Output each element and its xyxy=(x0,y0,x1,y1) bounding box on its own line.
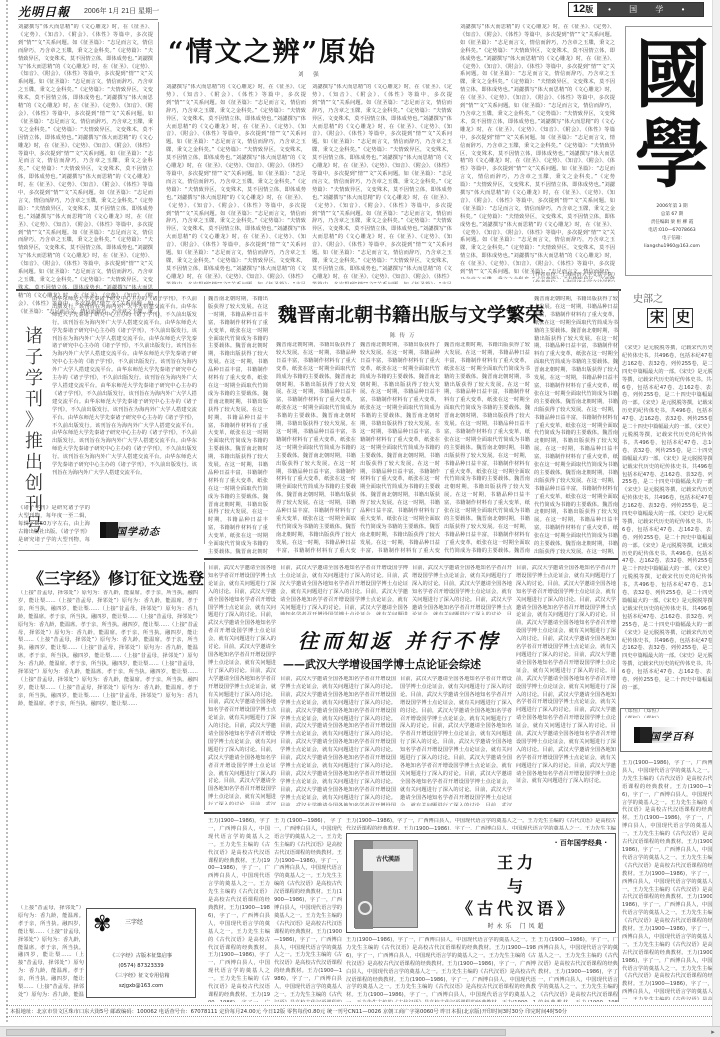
masthead-rule xyxy=(18,19,158,20)
shibu-char-2: 史 xyxy=(673,308,693,328)
section-divider xyxy=(16,289,621,291)
masthead: 光明日報 2006年 1月 21日 星期一 xyxy=(18,4,159,18)
vertical-scrollbar[interactable] xyxy=(712,0,720,1026)
article-wangli-top: 王力(1900—1986)，字了一，广西博白县人，中国现代语言学的奠基人之一。王… xyxy=(346,818,616,830)
book-emblem-icon xyxy=(358,901,372,915)
newspaper-page: 光明日報 2006年 1月 21日 星期一 12版 • 国 学 • 刘勰撰写“体… xyxy=(6,0,718,1022)
email-link[interactable]: liangshu1960@163.com xyxy=(626,243,718,251)
wangli-title-1: 王力 xyxy=(427,850,607,873)
article-wangli-col-3: 王力(1900—1986)，字了一，广西博白县人，中国现代语言学的奠基人之一。王… xyxy=(346,937,536,1002)
article-weijin-col-4: 魏晋南北朝时期，书籍出版获得了较大发展。在这一时期，书籍品种日益丰富，书籍制作材… xyxy=(444,342,530,554)
article-weijin-col-1: 魏晋南北朝时期，书籍出版获得了较大发展。在这一时期，书籍品种日益丰富，书籍制作材… xyxy=(208,296,268,554)
guoxue-dongtai-badge: 国学动态 xyxy=(100,522,188,538)
weijin-byline: 陈传万 xyxy=(390,331,419,339)
section-divider xyxy=(204,812,618,814)
article-zhuzi-body: 由华东师范大学先秦诸子研究中心主办的《诸子学刊》，不久前出版发行。该刊旨在为海内… xyxy=(52,296,197,501)
column-rule xyxy=(204,562,205,810)
article-wangli-col-1: 王力(1900—1986)，字了一，广西博白县人，中国现代语言学的奠基人之一。王… xyxy=(208,818,270,1002)
article-main-col-4: 刘勰撰写“体大而思精”的《文心雕龙》时，在《征圣》、《定势》、《知音》、《附会》… xyxy=(460,24,615,279)
guoxue-column-header: 國學 2006年第 3 期 总第 67 期 责任编辑 梁 枢 柳 霞 电话:01… xyxy=(625,26,717,276)
ad-email-link[interactable]: szjgxb@163.com xyxy=(87,981,195,991)
article-wuhan-col-4: 目前，武汉大学邀请全国各地知名学者召开增设国学博士点论证会，就有关问题进行了深入… xyxy=(516,565,616,805)
guoxue-calligraphy: 國學 xyxy=(630,35,714,195)
shibu-header: 史部之 宋 史 xyxy=(625,286,717,341)
article-wuhan-col-6: 目前，武汉大学邀请全国各地知名学者召开增设国学博士点论证会，就有关问题进行了深入… xyxy=(400,676,512,806)
article-main-col-3: 刘勰撰写“体大而思精”的《文心雕龙》时，在《征圣》、《定势》、《知音》、《附会》… xyxy=(312,84,452,284)
horizontal-scrollbar[interactable]: ▸ xyxy=(0,1026,720,1037)
ad-brand: 三字经 xyxy=(125,917,143,926)
column-rule xyxy=(158,22,159,318)
wangli-title-2: 与 xyxy=(427,874,607,897)
email-label: 电子信箱: xyxy=(626,235,718,243)
article-sanzijing-tail: （上接“昔孟母，择邻处”）原句为：香九龄，能温席。孝于亲，所当执。融四岁，能让梨… xyxy=(18,905,84,1000)
column-rule xyxy=(204,296,205,544)
colophon-footer: 本报地址：北京市崇文区珠市口东大街5号 邮政编码：100062 电话查号台：67… xyxy=(6,1005,718,1017)
article-wangli-col-4: 王力(1900—1986)，字了一，广西博白县人，中国现代语言学的奠基人之一。王… xyxy=(538,937,618,1002)
article-sanzijing-body: （上接“昔孟母，择邻处”）原句为：香九龄，能温席。孝于亲，所当执。融四岁，能让梨… xyxy=(18,590,198,900)
phone: 电话:010—67078663 xyxy=(626,227,718,235)
wuhan-subtitle: ——武汉大学增设国学博士点论证会综述 xyxy=(283,656,481,672)
article-main-col-1: 刘勰撰写“体大而思精”的《文心雕龙》时，在《征圣》、《定势》、《知音》、《附会》… xyxy=(18,24,153,314)
article-weijin-col-2: 魏晋南北朝时期，书籍出版获得了较大发展。在这一时期，书籍品种日益丰富，书籍制作材… xyxy=(276,342,356,554)
article-wuhan-col-1: 目前，武汉大学邀请全国各地知名学者召开增设国学博士点论证会，就有关问题进行了深入… xyxy=(208,565,276,805)
scrollbar-thumb[interactable] xyxy=(6,1029,506,1036)
issue-number: 2006年第 3 期 xyxy=(626,203,718,211)
newspaper-logo: 光明日報 xyxy=(18,3,70,20)
article-main-col-2: 刘勰撰写“体大而思精”的《文心雕龙》时，在《征圣》、《定势》、《知音》、《附会》… xyxy=(166,84,306,284)
main-byline: 刘 强 xyxy=(298,70,323,78)
article-wangli-col-2: 王力(1900—1986)，字了一，广西博白县人，中国现代语言学的奠基人之一。王… xyxy=(274,818,342,1002)
butterfly-icon: ✾ xyxy=(93,913,123,937)
article-zhuzi-tail: 《诸子学刊》是研究诸子学的大型刊物，每年度一至二辑，每辑字数50万字左右，由上海… xyxy=(18,505,90,545)
section-divider xyxy=(204,558,618,560)
shibu-char-1: 宋 xyxy=(647,308,667,328)
wangli-feature-box: 古代漢語 · 百年国学经典 · 王力 与 《古代汉语》 时永乐 门凤超 xyxy=(346,833,616,933)
wangli-authors: 时永乐 门凤超 xyxy=(427,921,607,930)
article-weijin-col-5: 魏晋南北朝时期，书籍出版获得了较大发展。在这一时期，书籍品种日益丰富，书籍制作材… xyxy=(534,296,618,554)
sanzijing-ad: ✾ 三字经 《三字经》古版本征集启事 (0574) 87323339 《三字经》… xyxy=(86,908,196,998)
issue-date: 2006年 1月 21日 星期一 xyxy=(84,6,159,16)
edition-number: 12版 xyxy=(569,3,597,16)
shibu-label: 史部之 xyxy=(633,290,663,305)
ad-phone: (0574) 87323339 xyxy=(87,961,195,971)
total-issue: 总第 67 期 xyxy=(626,211,718,219)
section-name: • 国 学 • xyxy=(597,3,703,16)
ad-lines: 《三字经》古版本征集启事 (0574) 87323339 《三字经》征文专用信箱… xyxy=(87,951,195,991)
ad-line-3: 《三字经》征文专用信箱 xyxy=(87,971,195,981)
article-wangli-col-right: 王力(1900—1986)，字了一，广西博白县人，中国现代语言学的奠基人之一。王… xyxy=(622,760,718,1000)
scroll-right-arrow-icon[interactable]: ▸ xyxy=(708,1027,718,1037)
wangli-series: · 百年国学经典 · xyxy=(437,838,607,848)
article-wuhan-col-5: 目前，武汉大学邀请全国各地知名学者召开增设国学博士点论证会，就有关问题进行了深入… xyxy=(280,676,396,806)
divider xyxy=(18,550,198,551)
book-cover-image: 古代漢語 xyxy=(354,840,418,928)
article-wuhan-col-3: 目前，武汉大学邀请全国各地知名学者召开增设国学博士点论证会，就有关问题进行了深入… xyxy=(412,565,512,615)
weijin-headline: 魏晋南北朝书籍出版与文学繁荣 xyxy=(278,300,544,327)
editors: 责任编辑 梁 枢 柳 霞 xyxy=(626,219,718,227)
guoxue-info: 2006年第 3 期 总第 67 期 责任编辑 梁 枢 柳 霞 电话:010—6… xyxy=(626,203,718,251)
ad-line-1: 《三字经》古版本征集启事 xyxy=(87,951,195,961)
shibu-title: 宋 史 xyxy=(647,308,693,328)
column-rule xyxy=(618,290,619,1002)
edition-tab: 12版 • 国 学 • xyxy=(568,2,704,17)
article-shibu-body: 《宋史》是元脱脱等撰，记载宋代历史的纪传体史书。共496卷，包括本纪47卷、志1… xyxy=(622,345,718,705)
article-weijin-col-3: 魏晋南北朝时期，书籍出版获得了较大发展。在这一时期，书籍品种日益丰富，书籍制作材… xyxy=(360,342,440,554)
wangli-title-3: 《古代汉语》 xyxy=(427,896,607,919)
main-headline: “情文之辨”原始 xyxy=(168,30,377,69)
guoxue-baike-badge: 国学百科 xyxy=(634,727,706,743)
wuhan-headline: 往而知返 并行不悖 xyxy=(298,625,501,654)
sanzijing-headline: 《三字经》修订征文选登 xyxy=(28,566,204,589)
article-wuhan-col-2: 目前，武汉大学邀请全国各地知名学者召开增设国学博士点论证会，就有关问题进行了深入… xyxy=(280,565,408,615)
book-cover-title: 古代漢語 xyxy=(363,849,413,871)
author-affiliation: （作者单位：上海同济大学文法学院）（作者单位：上海同济大学文法学院）（作者单位：… xyxy=(528,272,618,282)
